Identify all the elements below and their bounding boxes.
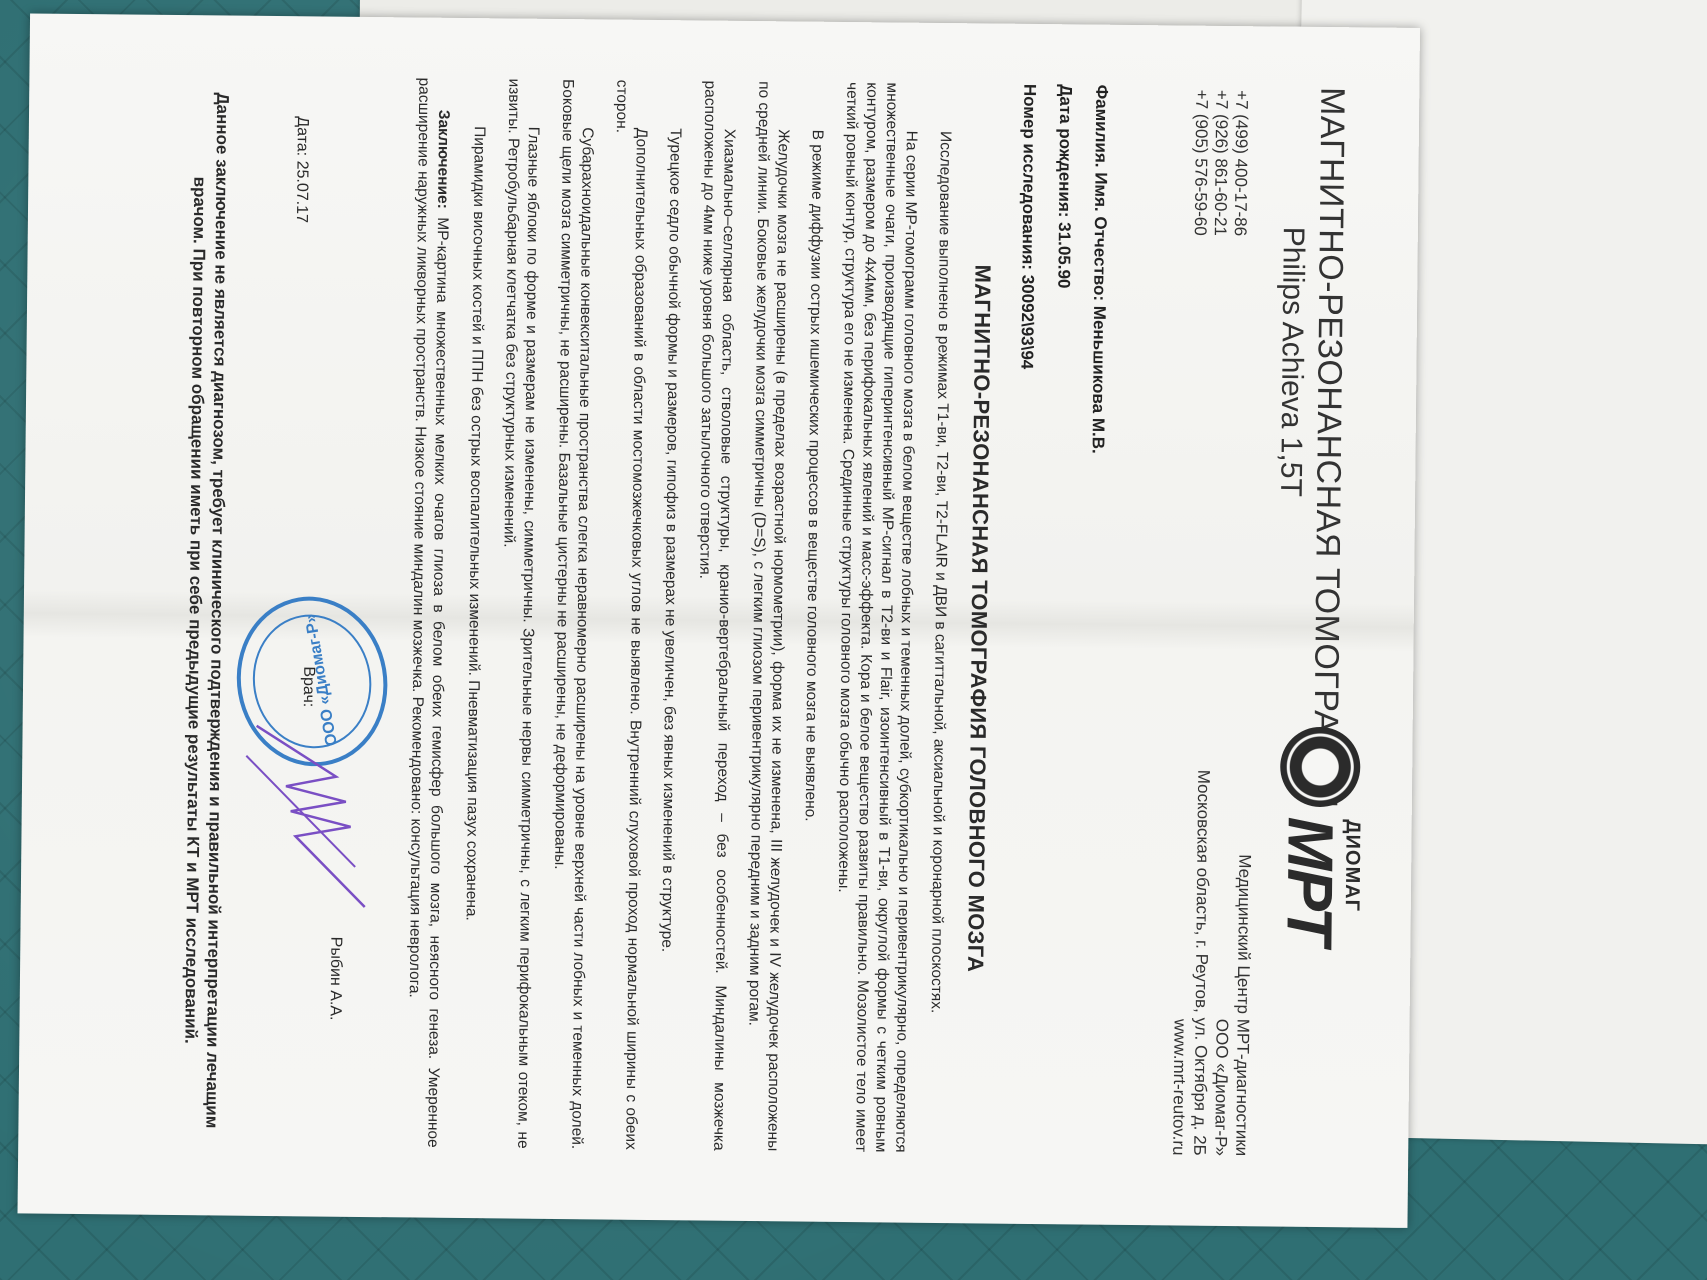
- birth-date-label: Дата рождения:: [1055, 84, 1075, 217]
- report-header: МАГНИТНО-РЕЗОНАНСНАЯ ТОМОГРАФИЯ Philips …: [1078, 85, 1359, 1158]
- conclusion: Заключение: МР-картина множественных мел…: [402, 77, 453, 1147]
- signature-icon: [235, 716, 377, 917]
- clinic-info: Медицинский Центр МРТ-диагностики ООО «Д…: [1168, 769, 1256, 1156]
- disclaimer: Данное заключение не является диагнозом,…: [178, 75, 233, 1145]
- finding-paragraph: В режиме диффузии острых ишемических про…: [796, 82, 827, 1152]
- clinic-logo: ДИОМАГ МРТ: [1271, 727, 1365, 1118]
- finding-paragraph: Пирамидки височных костей и ППН без остр…: [458, 78, 489, 1148]
- study-number: 30092\93\94: [1017, 275, 1037, 370]
- header-title: МАГНИТНО-РЕЗОНАНСНАЯ ТОМОГРАФИЯ: [1305, 87, 1352, 809]
- phone-number: +7 (905) 576-59-60: [1190, 90, 1212, 236]
- phone-number: +7 (499) 400-17-86: [1230, 90, 1252, 236]
- clinic-line: Медицинский Центр МРТ-диагностики: [1231, 770, 1256, 1156]
- report-content: МАГНИТНО-РЕЗОНАНСНАЯ ТОМОГРАФИЯ Philips …: [178, 75, 1359, 1157]
- finding-paragraph: Турецкое седло обычной формы и размеров,…: [654, 80, 685, 1150]
- birth-date: 31.05.90: [1054, 222, 1074, 288]
- doctor-label: Врач:: [299, 666, 317, 707]
- findings: Исследование выполнено в режимах Т1-ви, …: [458, 78, 955, 1153]
- date-value: 25.07.17: [293, 161, 311, 223]
- finding-paragraph: На серии МР-томограмм головного мозга в …: [830, 82, 921, 1153]
- finding-paragraph: Глазные яблоки по форме и размерам не из…: [492, 78, 543, 1148]
- clinic-line: ООО «Диомаг-Р»: [1210, 770, 1235, 1156]
- conclusion-text: МР-картина множественных мелких очагов г…: [406, 77, 451, 1147]
- doctor-name: Рыбин А.А.: [326, 937, 345, 1021]
- study-number-label: Номер исследования:: [1018, 84, 1039, 270]
- phone-number: +7 (926) 861-60-21: [1210, 90, 1232, 236]
- finding-paragraph: Субарахноидальные конвекситальные простр…: [546, 79, 597, 1149]
- finding-paragraph: Дополнительных образований в области мос…: [600, 80, 651, 1150]
- finding-paragraph: Исследование выполнено в режимах Т1-ви, …: [924, 83, 955, 1153]
- logo-word: МРТ: [1272, 817, 1347, 944]
- report-date: Дата: 25.07.17: [292, 116, 311, 223]
- header-subtitle: Philips Achieva 1,5T: [1273, 227, 1310, 497]
- date-label: Дата:: [294, 116, 311, 156]
- conclusion-label: Заключение:: [434, 110, 452, 209]
- mri-report-page: МАГНИТНО-РЕЗОНАНСНАЯ ТОМОГРАФИЯ Philips …: [18, 13, 1420, 1227]
- signature-block: Дата: 25.07.17 ООО «Диомаг-Р» Врач: Рыби…: [242, 76, 373, 1147]
- phone-list: +7 (499) 400-17-86 +7 (926) 861-60-21 +7…: [1190, 90, 1252, 237]
- clinic-line: Московская область, г. Реутов, ул. Октяб…: [1189, 770, 1214, 1156]
- clinic-website: www.mrt-reutov.ru: [1168, 769, 1193, 1155]
- logo-circle-icon: [1280, 727, 1361, 808]
- finding-paragraph: Хиазмально–селлярная область, стволовые …: [688, 80, 739, 1150]
- document-title: МАГНИТНО-РЕЗОНАНСНАЯ ТОМОГРАФИЯ ГОЛОВНОГ…: [960, 83, 997, 1153]
- finding-paragraph: Желудочки мозга не расширены (в пределах…: [742, 81, 793, 1151]
